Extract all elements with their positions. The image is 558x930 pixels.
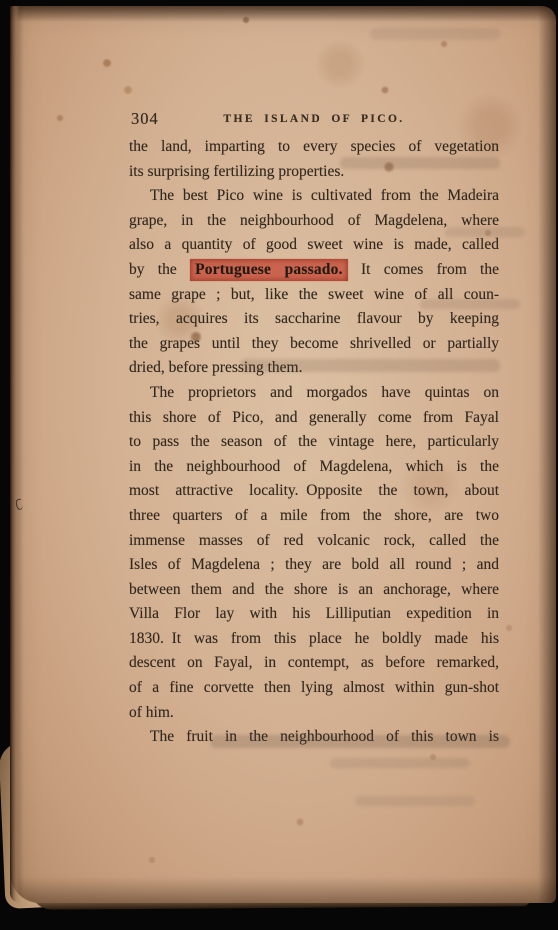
text-line: this shore of Pico, and generally come f…	[129, 406, 499, 431]
show-through-smudge	[355, 796, 475, 806]
text-segment: 1830. It was from this place he boldly m…	[129, 630, 499, 647]
text-line: descent on Fayal, in contempt, as before…	[129, 651, 499, 676]
show-through-smudge	[420, 299, 520, 309]
page-number: 304	[131, 109, 159, 129]
text-segment: the grapes until they become shrivelled …	[129, 335, 499, 352]
text-segment: the land, imparting to every species of …	[129, 138, 499, 155]
page-header: 304 THE ISLAND OF PICO.	[129, 109, 499, 133]
text-line: immense masses of red volcanic rock, cal…	[129, 529, 499, 554]
text-line: three quarters of a mile from the shore,…	[129, 504, 499, 529]
text-line: The best Pico wine is cultivated from th…	[129, 184, 499, 209]
show-through-smudge	[240, 359, 500, 372]
show-through-smudge	[340, 157, 500, 169]
text-segment: also a quantity of good sweet wine is ma…	[129, 236, 499, 253]
highlighted-text: Portuguese passado.	[190, 259, 348, 281]
text-segment: of a fine corvette then lying almost wit…	[129, 679, 499, 696]
text-segment: this shore of Pico, and generally come f…	[129, 409, 499, 426]
page-left-edge	[10, 6, 20, 903]
text-segment: between them and the shore is an anchora…	[129, 581, 499, 598]
text-segment: by the	[129, 261, 190, 278]
text-segment: The proprietors and morgados have quinta…	[150, 384, 499, 401]
show-through-smudge	[445, 227, 525, 237]
text-line: tries, acquires its saccharine flavour b…	[129, 307, 499, 332]
text-segment: The best Pico wine is cultivated from th…	[150, 187, 499, 204]
scanned-book-photo: 304 THE ISLAND OF PICO. the land, impart…	[0, 0, 558, 930]
body-text: the land, imparting to every species of …	[129, 135, 499, 750]
text-segment: tries, acquires its saccharine flavour b…	[129, 310, 499, 327]
text-line: 1830. It was from this place he boldly m…	[129, 627, 499, 652]
text-segment: to pass the season of the vintage here, …	[129, 433, 499, 450]
text-segment: grape, in the neighbourhood of Magdelena…	[129, 212, 499, 229]
show-through-smudge	[210, 735, 510, 748]
text-line: Villa Flor lay with his Lilliputian expe…	[129, 602, 499, 627]
text-line: the land, imparting to every species of …	[129, 135, 499, 160]
text-segment: Isles of Magdelena ; they are bold all r…	[129, 556, 499, 573]
show-through-smudge	[330, 758, 470, 768]
text-line: to pass the season of the vintage here, …	[129, 430, 499, 455]
text-segment: three quarters of a mile from the shore,…	[129, 507, 499, 524]
text-line: grape, in the neighbourhood of Magdelena…	[129, 209, 499, 234]
text-line: of him.	[129, 701, 499, 726]
text-segment: of him.	[129, 704, 174, 721]
text-segment: most attractive locality. Opposite the t…	[129, 482, 499, 499]
text-line: by the Portuguese passado. It comes from…	[129, 258, 499, 283]
text-line: of a fine corvette then lying almost wit…	[129, 676, 499, 701]
text-line: the grapes until they become shrivelled …	[129, 332, 499, 357]
text-segment: in the neighbourhood of Magdelena, which…	[129, 458, 499, 475]
text-line: between them and the shore is an anchora…	[129, 578, 499, 603]
show-through-smudge	[370, 28, 500, 40]
text-segment: descent on Fayal, in contempt, as before…	[129, 654, 499, 671]
text-segment: immense masses of red volcanic rock, cal…	[129, 532, 499, 549]
text-segment: Villa Flor lay with his Lilliputian expe…	[129, 605, 499, 622]
text-line: in the neighbourhood of Magdelena, which…	[129, 455, 499, 480]
text-segment: its surprising fertilizing properties.	[129, 163, 344, 180]
text-segment: It comes from the	[348, 261, 499, 278]
running-title: THE ISLAND OF PICO.	[223, 113, 404, 125]
text-line: The proprietors and morgados have quinta…	[129, 381, 499, 406]
text-line: most attractive locality. Opposite the t…	[129, 479, 499, 504]
text-line: also a quantity of good sweet wine is ma…	[129, 233, 499, 258]
text-line: Isles of Magdelena ; they are bold all r…	[129, 553, 499, 578]
book-page: 304 THE ISLAND OF PICO. the land, impart…	[10, 6, 556, 903]
